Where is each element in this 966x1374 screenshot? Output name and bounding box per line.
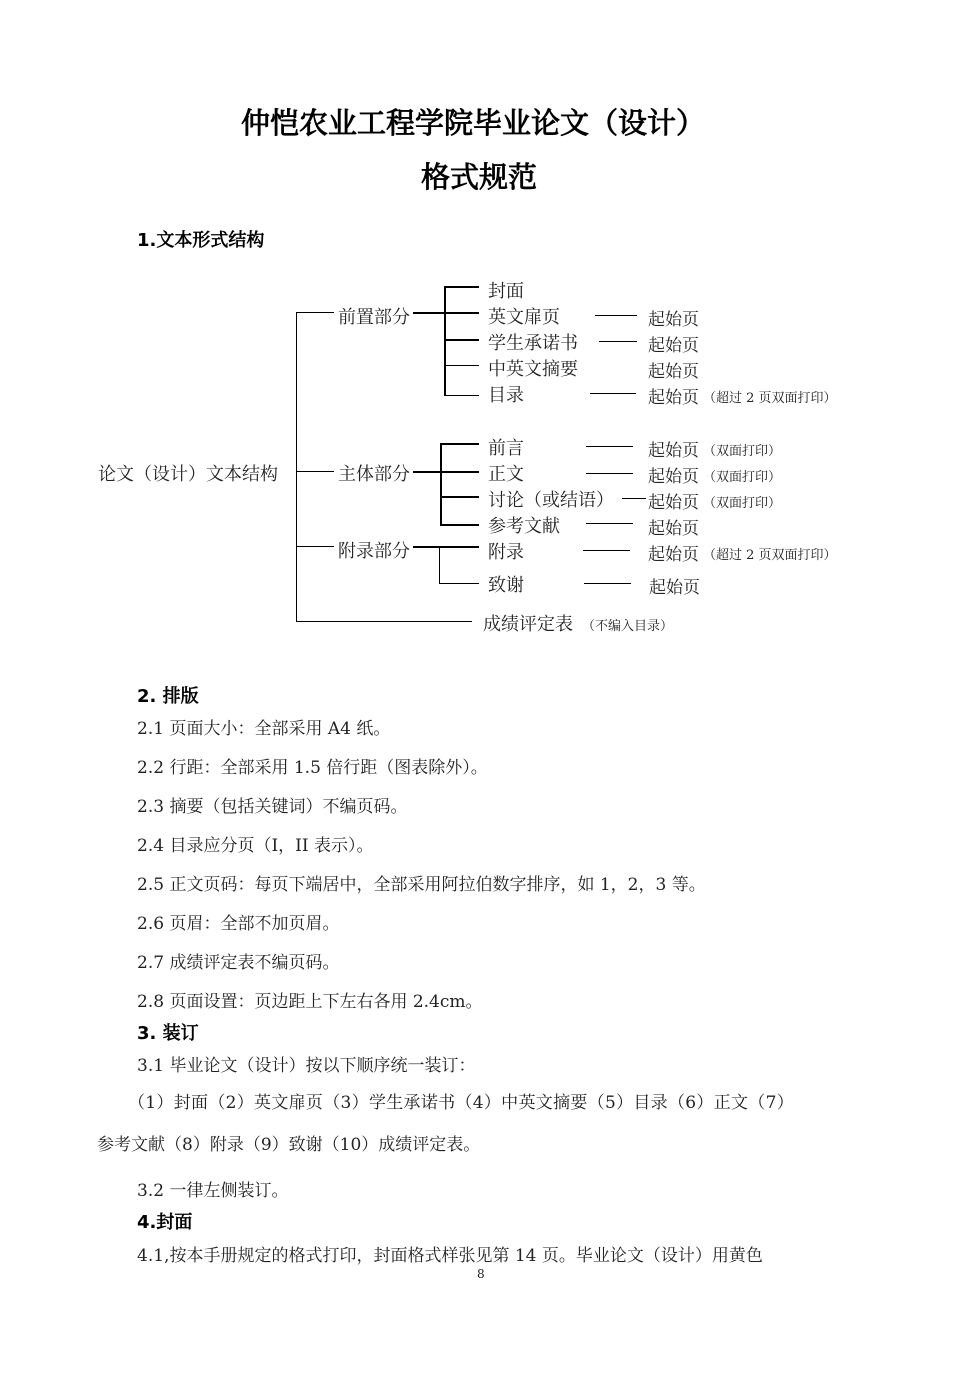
print-note: （超过 2 页双面打印） [703, 387, 837, 406]
start-page: 起始页 [648, 357, 699, 382]
item-toc: 目录 [488, 381, 524, 407]
rule-2-7: 2.7 成绩评定表不编页码。 [137, 948, 339, 973]
spine-branch-final [296, 621, 472, 622]
main-bracket [440, 443, 442, 525]
document-title-line1: 仲恺农业工程学院毕业论文（设计） [241, 101, 705, 142]
binding-order-line1: （1）封面（2）英文扉页（3）学生承诺书（4）中英文摘要（5）目录（6）正文（7… [128, 1088, 794, 1113]
dash [599, 341, 637, 342]
dash [586, 473, 633, 474]
front-tick [446, 365, 479, 366]
dash [590, 393, 636, 394]
start-page: 起始页 [648, 540, 699, 565]
dash [595, 315, 637, 316]
main-tick [440, 443, 479, 445]
dash [583, 550, 630, 551]
group-label-appendix: 附录部分 [338, 537, 410, 563]
front-bracket [444, 286, 446, 396]
start-page: 起始页 [648, 514, 699, 539]
rule-2-6: 2.6 页眉：全部不加页眉。 [137, 909, 339, 934]
front-connector [413, 312, 446, 314]
section3-heading: 3. 装订 [137, 1019, 199, 1045]
print-note: （不编入目录） [582, 615, 673, 634]
rule-4-1: 4.1,按本手册规定的格式打印，封面格式样张见第 14 页。毕业论文（设计）用黄… [137, 1241, 763, 1266]
rule-2-5: 2.5 正文页码：每页下端居中，全部采用阿拉伯数字排序，如 1，2，3 等。 [137, 870, 706, 895]
front-tick [444, 395, 479, 396]
rule-2-3: 2.3 摘要（包括关键词）不编页码。 [137, 792, 407, 817]
start-page: 起始页 [648, 488, 699, 513]
front-tick [444, 312, 479, 314]
main-tick [440, 496, 479, 498]
spine-branch-front [296, 312, 334, 313]
item-pledge: 学生承诺书 [488, 329, 578, 355]
front-tick [444, 286, 479, 288]
dash [586, 446, 633, 447]
document-title-line2: 格式规范 [421, 155, 537, 196]
group-label-front: 前置部分 [338, 303, 410, 329]
page-number: 8 [477, 1267, 485, 1281]
dash [586, 523, 633, 524]
item-discussion: 讨论（或结语） [488, 486, 614, 512]
rule-2-2: 2.2 行距：全部采用 1.5 倍行距（图表除外）。 [137, 753, 488, 778]
group-label-main: 主体部分 [338, 460, 410, 486]
start-page: 起始页 [648, 331, 699, 356]
binding-order-line2: 参考文献（8）附录（9）致谢（10）成绩评定表。 [97, 1130, 480, 1155]
section1-heading: 1.文本形式结构 [137, 226, 264, 252]
rule-2-4: 2.4 目录应分页（I，II 表示）。 [137, 831, 374, 856]
start-page: 起始页 [648, 436, 699, 461]
spine-branch-appendix [296, 546, 334, 547]
item-abstract: 中英文摘要 [488, 355, 578, 381]
rule-3-1: 3.1 毕业论文（设计）按以下顺序统一装订： [137, 1051, 475, 1076]
section2-heading: 2. 排版 [137, 682, 199, 708]
print-note: （超过 2 页双面打印） [703, 544, 837, 563]
front-tick [444, 339, 479, 341]
appendix-tick [439, 583, 479, 584]
rule-2-1: 2.1 页面大小：全部采用 A4 纸。 [137, 714, 390, 739]
dash [622, 498, 646, 499]
print-note: （双面打印） [703, 440, 781, 459]
item-cover: 封面 [488, 277, 524, 303]
spine-branch-main [296, 471, 334, 472]
appendix-bracket [439, 546, 440, 583]
item-grade-sheet: 成绩评定表 [483, 610, 573, 636]
section4-heading: 4.封面 [137, 1208, 192, 1234]
main-tick [440, 524, 479, 526]
print-note: （双面打印） [703, 466, 781, 485]
start-page: 起始页 [648, 462, 699, 487]
appendix-connector [413, 546, 479, 548]
dash [584, 583, 631, 584]
item-appendix: 附录 [488, 538, 524, 564]
rule-3-2: 3.2 一律左侧装订。 [137, 1176, 288, 1201]
item-english-title: 英文扉页 [488, 303, 560, 329]
item-references: 参考文献 [488, 512, 560, 538]
item-body: 正文 [488, 460, 524, 486]
rule-2-8: 2.8 页面设置：页边距上下左右各用 2.4cm。 [137, 987, 483, 1012]
diagram-root: 论文（设计）文本结构 [98, 460, 278, 486]
start-page: 起始页 [648, 383, 699, 408]
start-page: 起始页 [649, 573, 700, 598]
item-acknowledgement: 致谢 [488, 571, 524, 597]
main-tick [440, 471, 479, 473]
diagram-spine [296, 312, 297, 622]
main-connector [413, 471, 441, 473]
print-note: （双面打印） [703, 492, 781, 511]
start-page: 起始页 [648, 305, 699, 330]
item-preface: 前言 [488, 434, 524, 460]
